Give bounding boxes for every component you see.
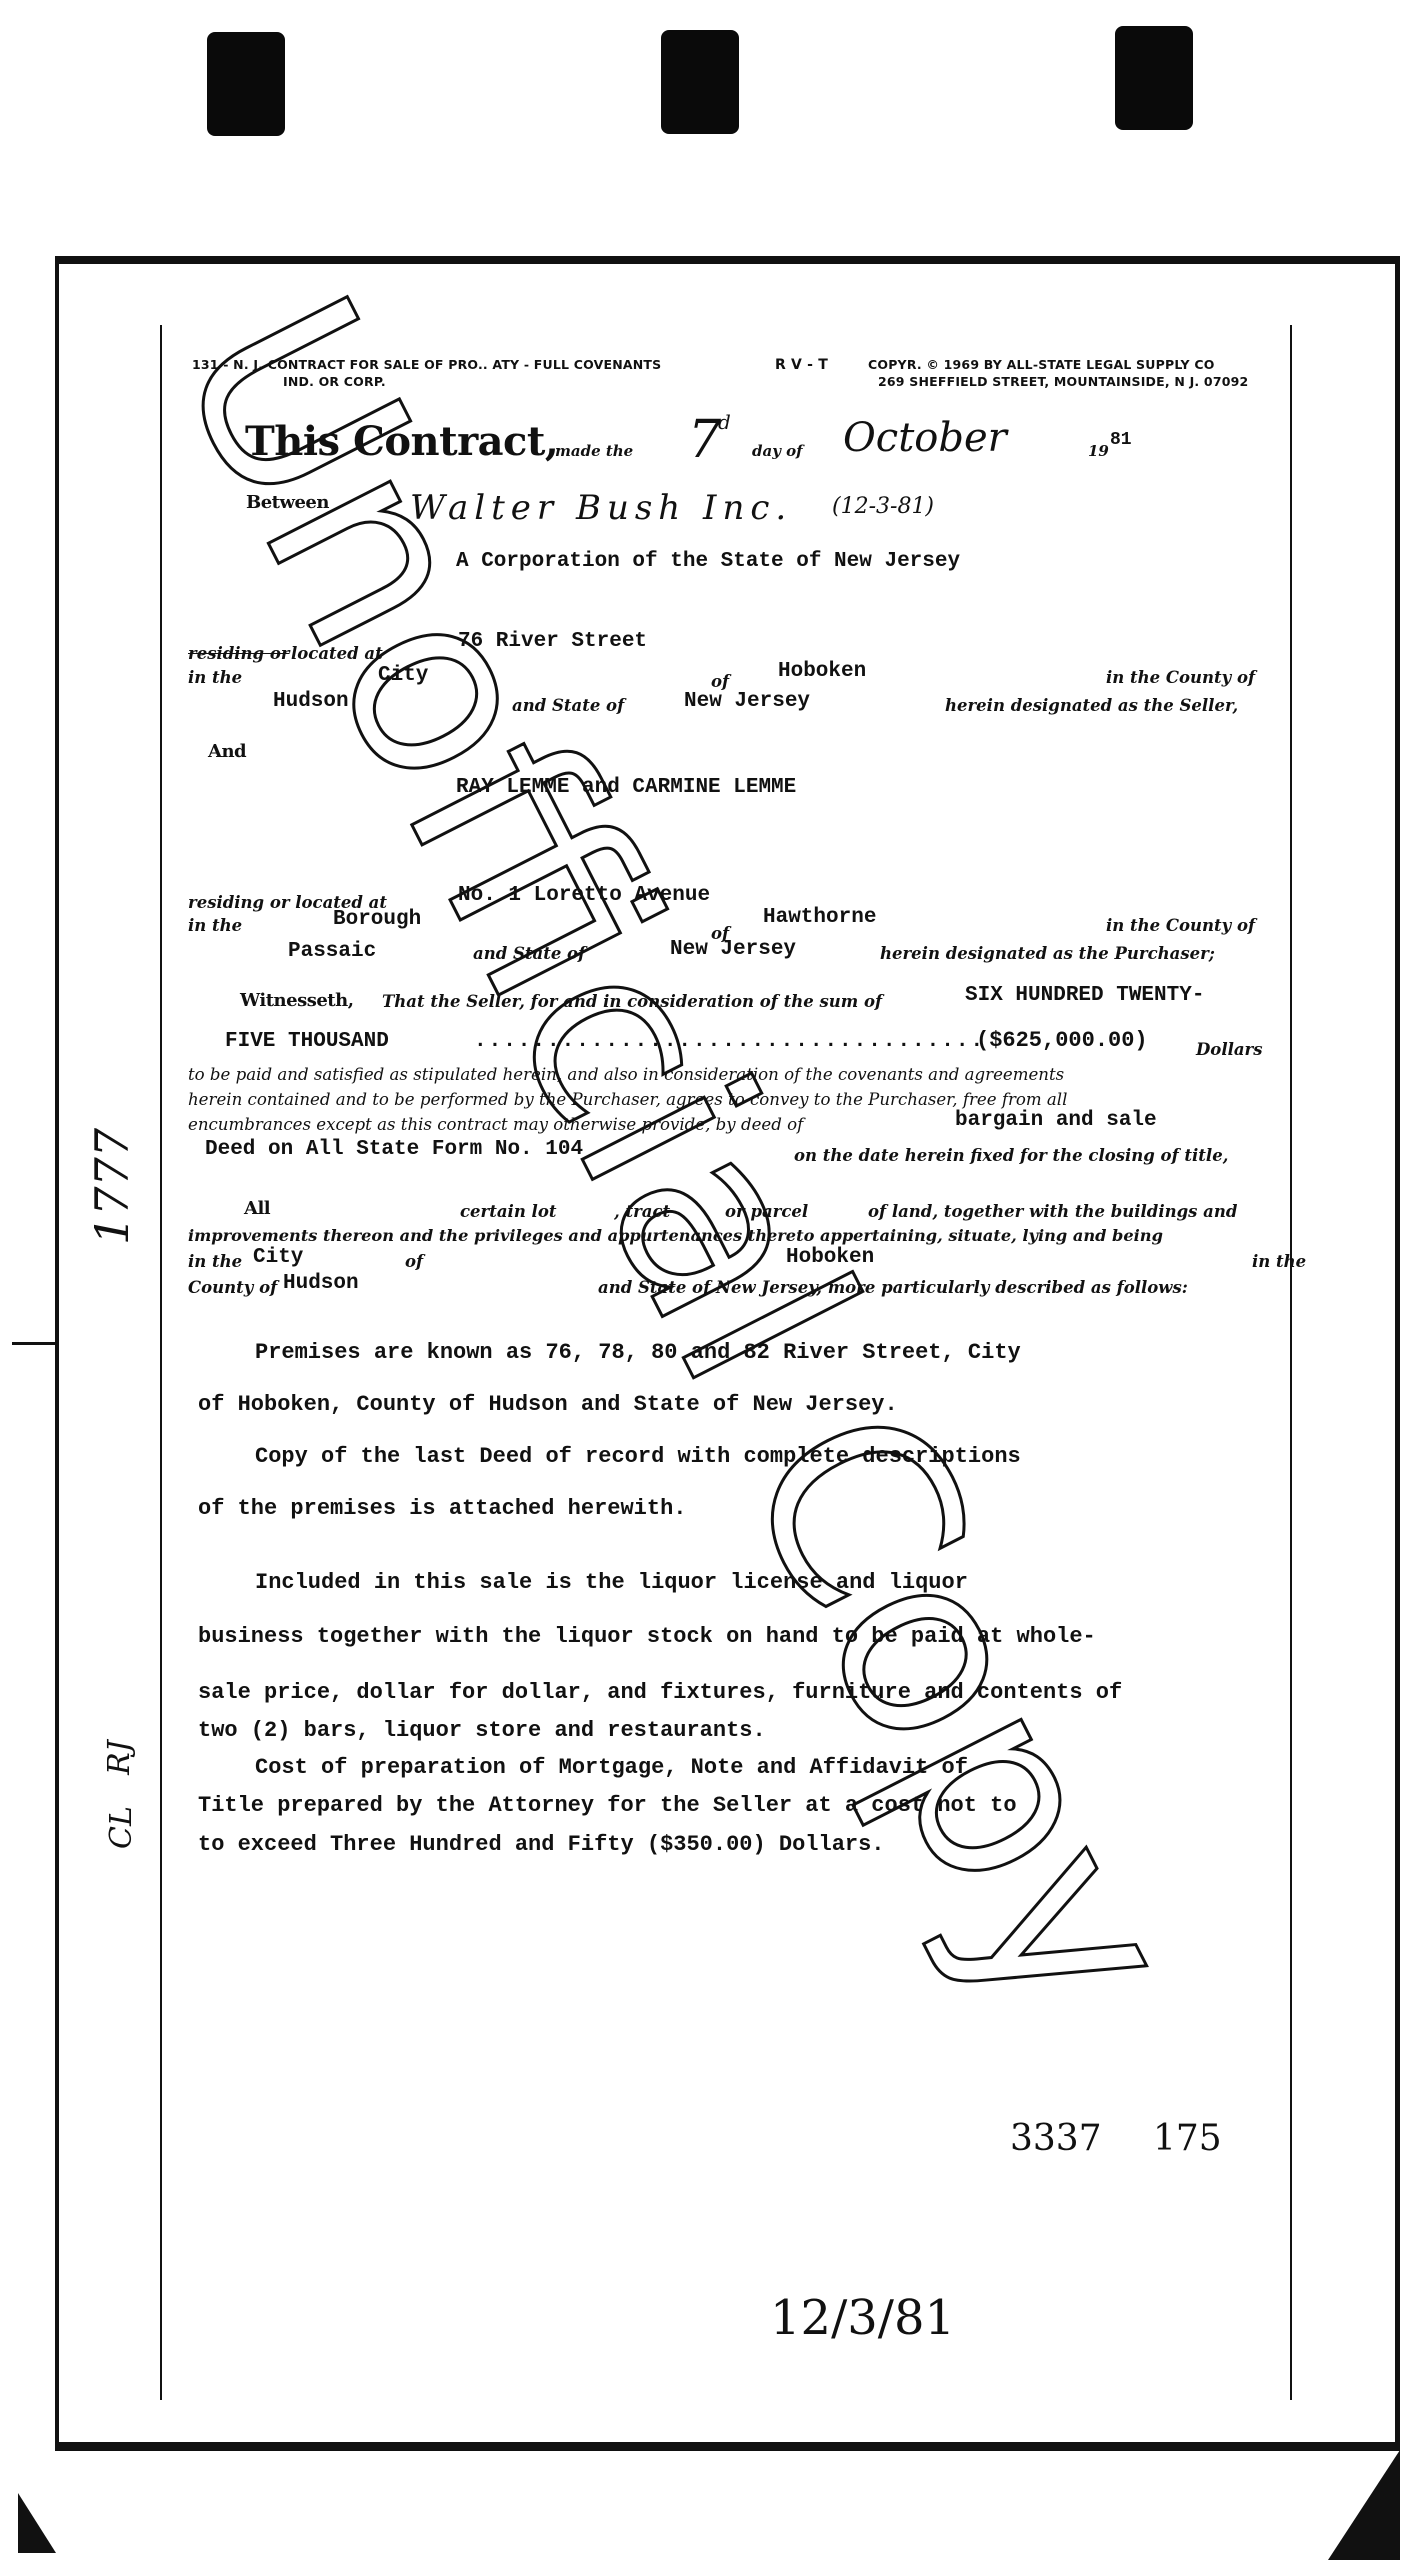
seller-entity-type: A Corporation of the State of New Jersey xyxy=(456,550,960,573)
margin-initials-2: CL xyxy=(104,1806,139,1849)
year-value: 81 xyxy=(1110,430,1132,450)
all-label: All xyxy=(244,1198,270,1219)
amount-leader-dots: ................................... xyxy=(474,1030,985,1053)
purchaser-municipality-type: Borough xyxy=(333,908,421,931)
liquor-line4-text: two (2) bars, liquor store and restauran… xyxy=(198,1718,766,1743)
day-of-label: day of xyxy=(752,442,803,460)
record-book-number: 3337 xyxy=(1010,2118,1102,2159)
seller-county-label: in the County of xyxy=(1106,668,1255,687)
scan-corner-left xyxy=(18,2493,56,2553)
seller-name-date-note: (12-3-81) xyxy=(832,494,934,519)
punch-hole-left xyxy=(207,32,285,136)
copyright-line1: COPYR. © 1969 BY ALL-STATE LEGAL SUPPLY … xyxy=(868,357,1215,372)
deed-copy-line1: Copy of the last Deed of record with com… xyxy=(255,1444,1021,1469)
seller-of-label: of xyxy=(711,672,729,691)
day-value: 7 xyxy=(688,410,721,470)
purchaser-designation: herein designated as the Purchaser; xyxy=(880,944,1215,963)
scan-corner-right xyxy=(1328,2450,1400,2560)
form-code-line1: 131 - N. J. CONTRACT FOR SALE OF PRO.. A… xyxy=(192,357,661,372)
deed-form: Deed on All State Form No. 104 xyxy=(205,1138,583,1161)
dollars-label: Dollars xyxy=(1196,1040,1263,1059)
seller-county: Hudson xyxy=(273,690,349,713)
consideration-line1: to be paid and satisfied as stipulated h… xyxy=(188,1065,1064,1084)
premises-line2: of Hoboken, County of Hudson and State o… xyxy=(198,1392,898,1417)
right-margin-rule xyxy=(1290,325,1292,2400)
cost-line2: Title prepared by the Attorney for the S… xyxy=(198,1793,1017,1818)
purchaser-county: Passaic xyxy=(288,940,376,963)
purchaser-in-the-label: in the xyxy=(188,916,242,935)
purchaser-names: RAY LEMME and CARMINE LEMME xyxy=(456,776,796,799)
between-label: Between xyxy=(246,492,329,513)
form-code-line2: IND. OR CORP. xyxy=(283,374,386,389)
property-county: Hudson xyxy=(283,1272,359,1295)
consideration-line2: herein contained and to be performed by … xyxy=(188,1090,1067,1109)
cost-line3: to exceed Three Hundred and Fifty ($350.… xyxy=(198,1832,885,1857)
property-line2: improvements thereon and the privileges … xyxy=(188,1226,1163,1245)
liquor-line3: sale price, dollar for dollar, and fixtu… xyxy=(198,1680,1122,1705)
year-prefix: 19 xyxy=(1088,442,1109,460)
purchaser-address: No. 1 Loretto Avenue xyxy=(458,884,710,907)
consideration-intro: That the Seller, for and in consideratio… xyxy=(382,992,882,1011)
left-margin-rule xyxy=(160,325,162,2400)
property-line1-tail: of land, together with the buildings and xyxy=(868,1202,1237,1221)
amount-words-line1: SIX HUNDRED TWENTY- xyxy=(965,984,1204,1007)
liquor-line1: Included in this sale is the liquor lice… xyxy=(255,1570,968,1595)
margin-vertical-number: 1777 xyxy=(85,1128,139,1245)
seller-located-label: located at xyxy=(291,644,383,663)
premises-line1: Premises are known as 76, 78, 80 and 82 … xyxy=(255,1340,1021,1365)
property-municipality: Hoboken xyxy=(786,1246,874,1269)
purchaser-county-label: in the County of xyxy=(1106,916,1255,935)
margin-tick-mark xyxy=(12,1342,57,1345)
property-county-label: County of xyxy=(188,1278,277,1297)
amount-words-line2: FIVE THOUSAND xyxy=(225,1030,389,1053)
seller-address: 76 River Street xyxy=(458,630,647,653)
seller-in-the-label: in the xyxy=(188,668,242,687)
day-suffix: d xyxy=(718,410,731,434)
or-parcel-label: or parcel xyxy=(725,1202,808,1221)
and-label: And xyxy=(208,741,246,762)
margin-initials-1: RJ xyxy=(102,1740,137,1775)
property-in-the-tail: in the xyxy=(1252,1252,1306,1271)
form-rv-code: R V - T xyxy=(775,357,828,373)
property-in-the-label: in the xyxy=(188,1252,242,1271)
handwritten-record-date: 12/3/81 xyxy=(770,2290,955,2346)
seller-state: New Jersey xyxy=(684,690,810,713)
purchaser-state: New Jersey xyxy=(670,938,796,961)
cost-line1: Cost of preparation of Mortgage, Note an… xyxy=(255,1755,968,1780)
seller-designation: herein designated as the Seller, xyxy=(945,696,1238,715)
seller-municipality: Hoboken xyxy=(778,660,866,683)
witnesseth-label: Witnesseth, xyxy=(240,990,353,1011)
amount-numeric: ($625,000.00) xyxy=(976,1028,1148,1053)
seller-name: Walter Bush Inc. xyxy=(410,488,792,528)
tract-label: , tract xyxy=(614,1202,670,1221)
seller-state-label: and State of xyxy=(512,696,624,715)
punch-hole-right xyxy=(1115,26,1193,130)
property-municipality-type: City xyxy=(253,1246,303,1269)
made-the-label: made the xyxy=(555,442,633,460)
contract-title: This Contract, xyxy=(245,418,558,465)
record-page-number: 175 xyxy=(1153,2118,1222,2159)
purchaser-state-label: and State of xyxy=(473,944,585,963)
certain-lot-label: certain lot xyxy=(460,1202,556,1221)
struck-residing-text: residing or xyxy=(188,644,290,663)
deed-copy-line2: of the premises is attached herewith. xyxy=(198,1496,686,1521)
month-value: October xyxy=(843,415,1007,461)
seller-municipality-type: City xyxy=(378,664,428,687)
consideration-line3: encumbrances except as this contract may… xyxy=(188,1115,803,1134)
purchaser-municipality: Hawthorne xyxy=(763,906,876,929)
property-of-label: of xyxy=(405,1252,423,1271)
punch-hole-center xyxy=(661,30,739,134)
liquor-line2: business together with the liquor stock … xyxy=(198,1624,1096,1649)
closing-text: on the date herein fixed for the closing… xyxy=(794,1146,1228,1165)
property-state-text: and State of New Jersey, more particular… xyxy=(598,1278,1188,1297)
copyright-line2: 269 SHEFFIELD STREET, MOUNTAINSIDE, N J.… xyxy=(878,374,1248,389)
deed-type: bargain and sale xyxy=(955,1109,1157,1132)
